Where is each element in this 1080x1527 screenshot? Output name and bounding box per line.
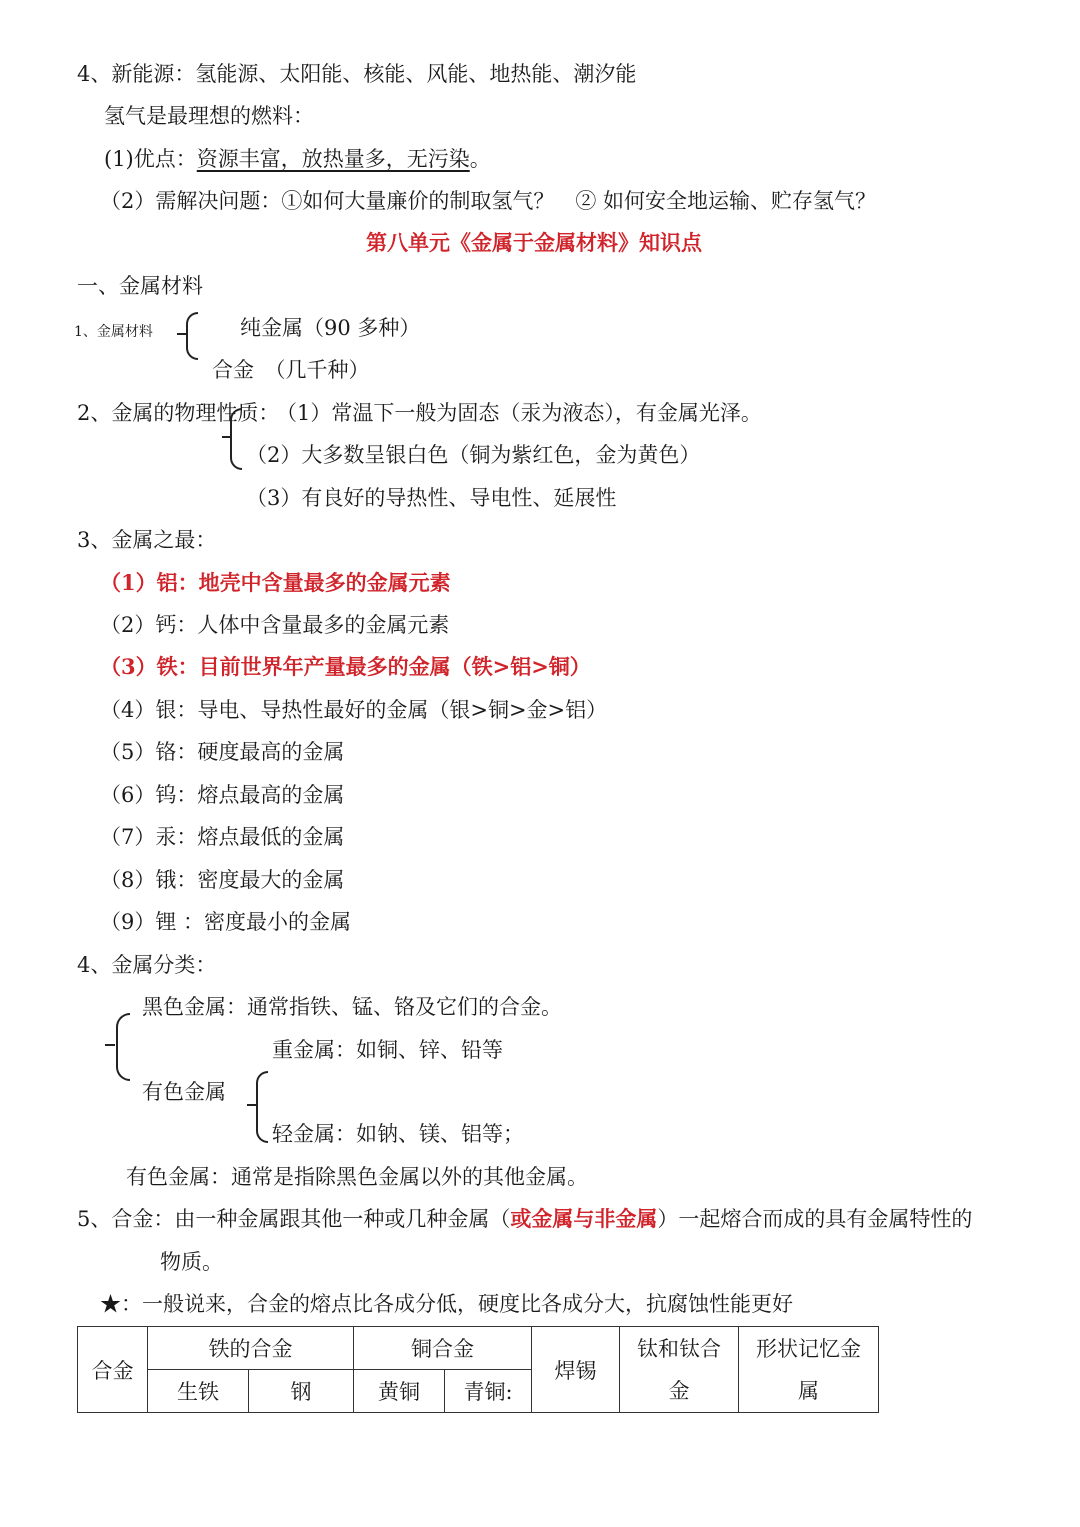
table-cell-bronze: 青铜:: [445, 1370, 532, 1413]
nonferrous-definition: 有色金属：通常是指除黑色金属以外的其他金属。: [126, 1163, 588, 1191]
physical-label: 2、金属的物理性质：: [77, 399, 279, 427]
brace-tip-icon: [247, 1104, 257, 1106]
table-cell-brass: 黄铜: [354, 1370, 445, 1413]
light-metals: 轻金属：如钠、镁、铝等；: [272, 1120, 524, 1148]
superlative-item: （5）铬：硬度最高的金属: [100, 738, 344, 766]
hydrogen-intro: 氢气是最理想的燃料：: [104, 102, 314, 130]
superlative-item: （3）铁：目前世界年产量最多的金属（铁>铝>铜）: [100, 653, 591, 681]
superlative-item: （2）钙：人体中含量最多的金属元素: [100, 611, 449, 639]
shape-memory-line-1: 形状记忆金: [739, 1328, 878, 1370]
brace-icon: [230, 408, 242, 470]
brace-icon: [186, 312, 198, 360]
brace-tip-icon: [105, 1044, 115, 1046]
heavy-metals: 重金属：如铜、锌、铅等: [272, 1036, 503, 1064]
shape-memory-line-2: 属: [739, 1370, 878, 1412]
materials-label: 1、金属材料: [74, 318, 153, 346]
superlatives-label: 3、金属之最：: [77, 526, 216, 554]
superlative-item: （1）铝：地壳中含量最多的金属元素: [100, 569, 451, 597]
pure-metal: 纯金属（90 多种）: [240, 314, 420, 342]
table-cell-shape-memory: 形状记忆金 属: [739, 1327, 879, 1413]
physical-property: （3）有良好的导热性、导电性、延展性: [246, 484, 616, 512]
superlative-item: （4）银：导电、导热性最好的金属（银>铜>金>铝）: [100, 696, 607, 724]
alloy-definition-cont: 物质。: [160, 1248, 223, 1276]
table-cell-pig-iron: 生铁: [148, 1370, 249, 1413]
alloy-def-highlight: 或金属与非金属: [510, 1206, 657, 1231]
nonferrous-metals: 有色金属: [142, 1078, 226, 1106]
brace-tip-icon: [222, 436, 232, 438]
advantage-end: 。: [470, 147, 491, 171]
unit-title: 第八单元《金属于金属材料》知识点: [366, 229, 702, 257]
classification-label: 4、金属分类：: [77, 951, 216, 979]
superlative-item: （8）锇：密度最大的金属: [100, 866, 344, 894]
titanium-line-1: 钛和钛合: [620, 1328, 738, 1370]
alloy-count: 合金 （几千种）: [212, 356, 370, 384]
brace-tip-icon: [177, 333, 187, 335]
ferrous-metals: 黑色金属：通常指铁、锰、铬及它们的合金。: [142, 993, 562, 1021]
physical-property: （1）常温下一般为固态（汞为液态），有金属光泽。: [276, 399, 762, 427]
table-cell-copper-alloy: 铜合金: [354, 1327, 532, 1370]
alloy-def-start: 5、合金：由一种金属跟其他一种或几种金属（: [77, 1207, 510, 1231]
superlative-item: （9）锂 ：密度最小的金属: [100, 908, 351, 936]
physical-property: （2）大多数呈银白色（铜为紫红色，金为黄色）: [246, 441, 700, 469]
alloy-definition: 5、合金：由一种金属跟其他一种或几种金属（或金属与非金属）一起熔合而成的具有金属…: [77, 1205, 972, 1233]
brace-icon: [256, 1071, 268, 1143]
table-row-header: 合金: [78, 1327, 148, 1413]
brace-icon: [116, 1013, 130, 1081]
advantage-label: (1)优点：: [104, 147, 197, 171]
star-note: ★：一般说来，合金的熔点比各成分低，硬度比各成分大，抗腐蚀性能更好: [100, 1290, 793, 1318]
table-cell-titanium: 钛和钛合 金: [620, 1327, 739, 1413]
table-cell-solder: 焊锡: [532, 1327, 620, 1413]
superlative-item: （6）钨：熔点最高的金属: [100, 781, 344, 809]
table-cell-steel: 钢: [249, 1370, 354, 1413]
table-cell-iron-alloy: 铁的合金: [148, 1327, 354, 1370]
superlative-item: （7）汞：熔点最低的金属: [100, 823, 344, 851]
hydrogen-advantages: (1)优点：资源丰富，放热量多，无污染。: [104, 145, 491, 173]
section-heading: 一、金属材料: [77, 272, 203, 300]
alloy-table: 合金 铁的合金 铜合金 焊锡 钛和钛合 金 形状记忆金 属 生铁 钢 黄铜 青铜…: [77, 1326, 879, 1413]
alloy-def-end: ）一起熔合而成的具有金属特性的: [657, 1207, 972, 1231]
advantage-text: 资源丰富，放热量多，无污染: [197, 147, 470, 171]
new-energy-heading: 4、新能源：氢能源、太阳能、核能、风能、地热能、潮汐能: [77, 60, 636, 88]
hydrogen-problems: （2）需解决问题：①如何大量廉价的制取氢气？ ② 如何安全地运输、贮存氢气？: [100, 187, 876, 215]
titanium-line-2: 金: [620, 1370, 738, 1412]
